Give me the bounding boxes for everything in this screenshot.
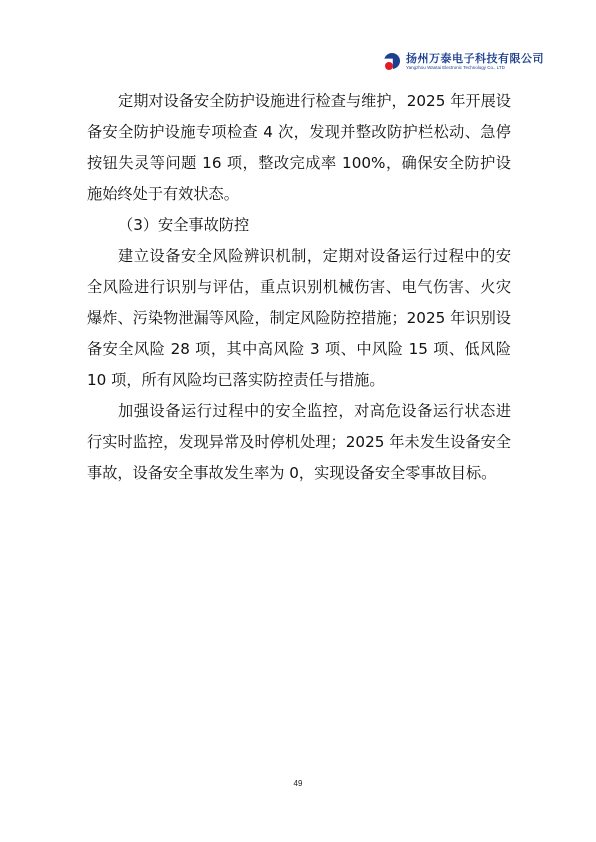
company-name-block: 扬州万泰电子科技有限公司 Yangzhou Wantai Electronic … <box>406 53 544 71</box>
company-name-cn: 扬州万泰电子科技有限公司 <box>406 53 544 64</box>
document-body: 定期对设备安全防护设施进行检查与维护，2025 年开展设备安全防护设施专项检查 … <box>87 86 511 489</box>
page-number: 49 <box>0 779 596 788</box>
company-logo: 扬州万泰电子科技有限公司 Yangzhou Wantai Electronic … <box>384 50 544 74</box>
paragraph-safety-monitoring: 加强设备运行过程中的安全监控，对高危设备运行状态进行实时监控，发现异常及时停机处… <box>87 396 511 489</box>
paragraph-protection-maintenance: 定期对设备安全防护设施进行检查与维护，2025 年开展设备安全防护设施专项检查 … <box>87 86 511 210</box>
company-logo-icon <box>384 53 402 71</box>
paragraph-risk-identification: 建立设备安全风险辨识机制，定期对设备运行过程中的安全风险进行识别与评估，重点识别… <box>87 241 511 396</box>
company-name-en: Yangzhou Wantai Electronic Technology Co… <box>406 66 544 71</box>
section-heading-accident-prevention: （3）安全事故防控 <box>87 210 511 241</box>
